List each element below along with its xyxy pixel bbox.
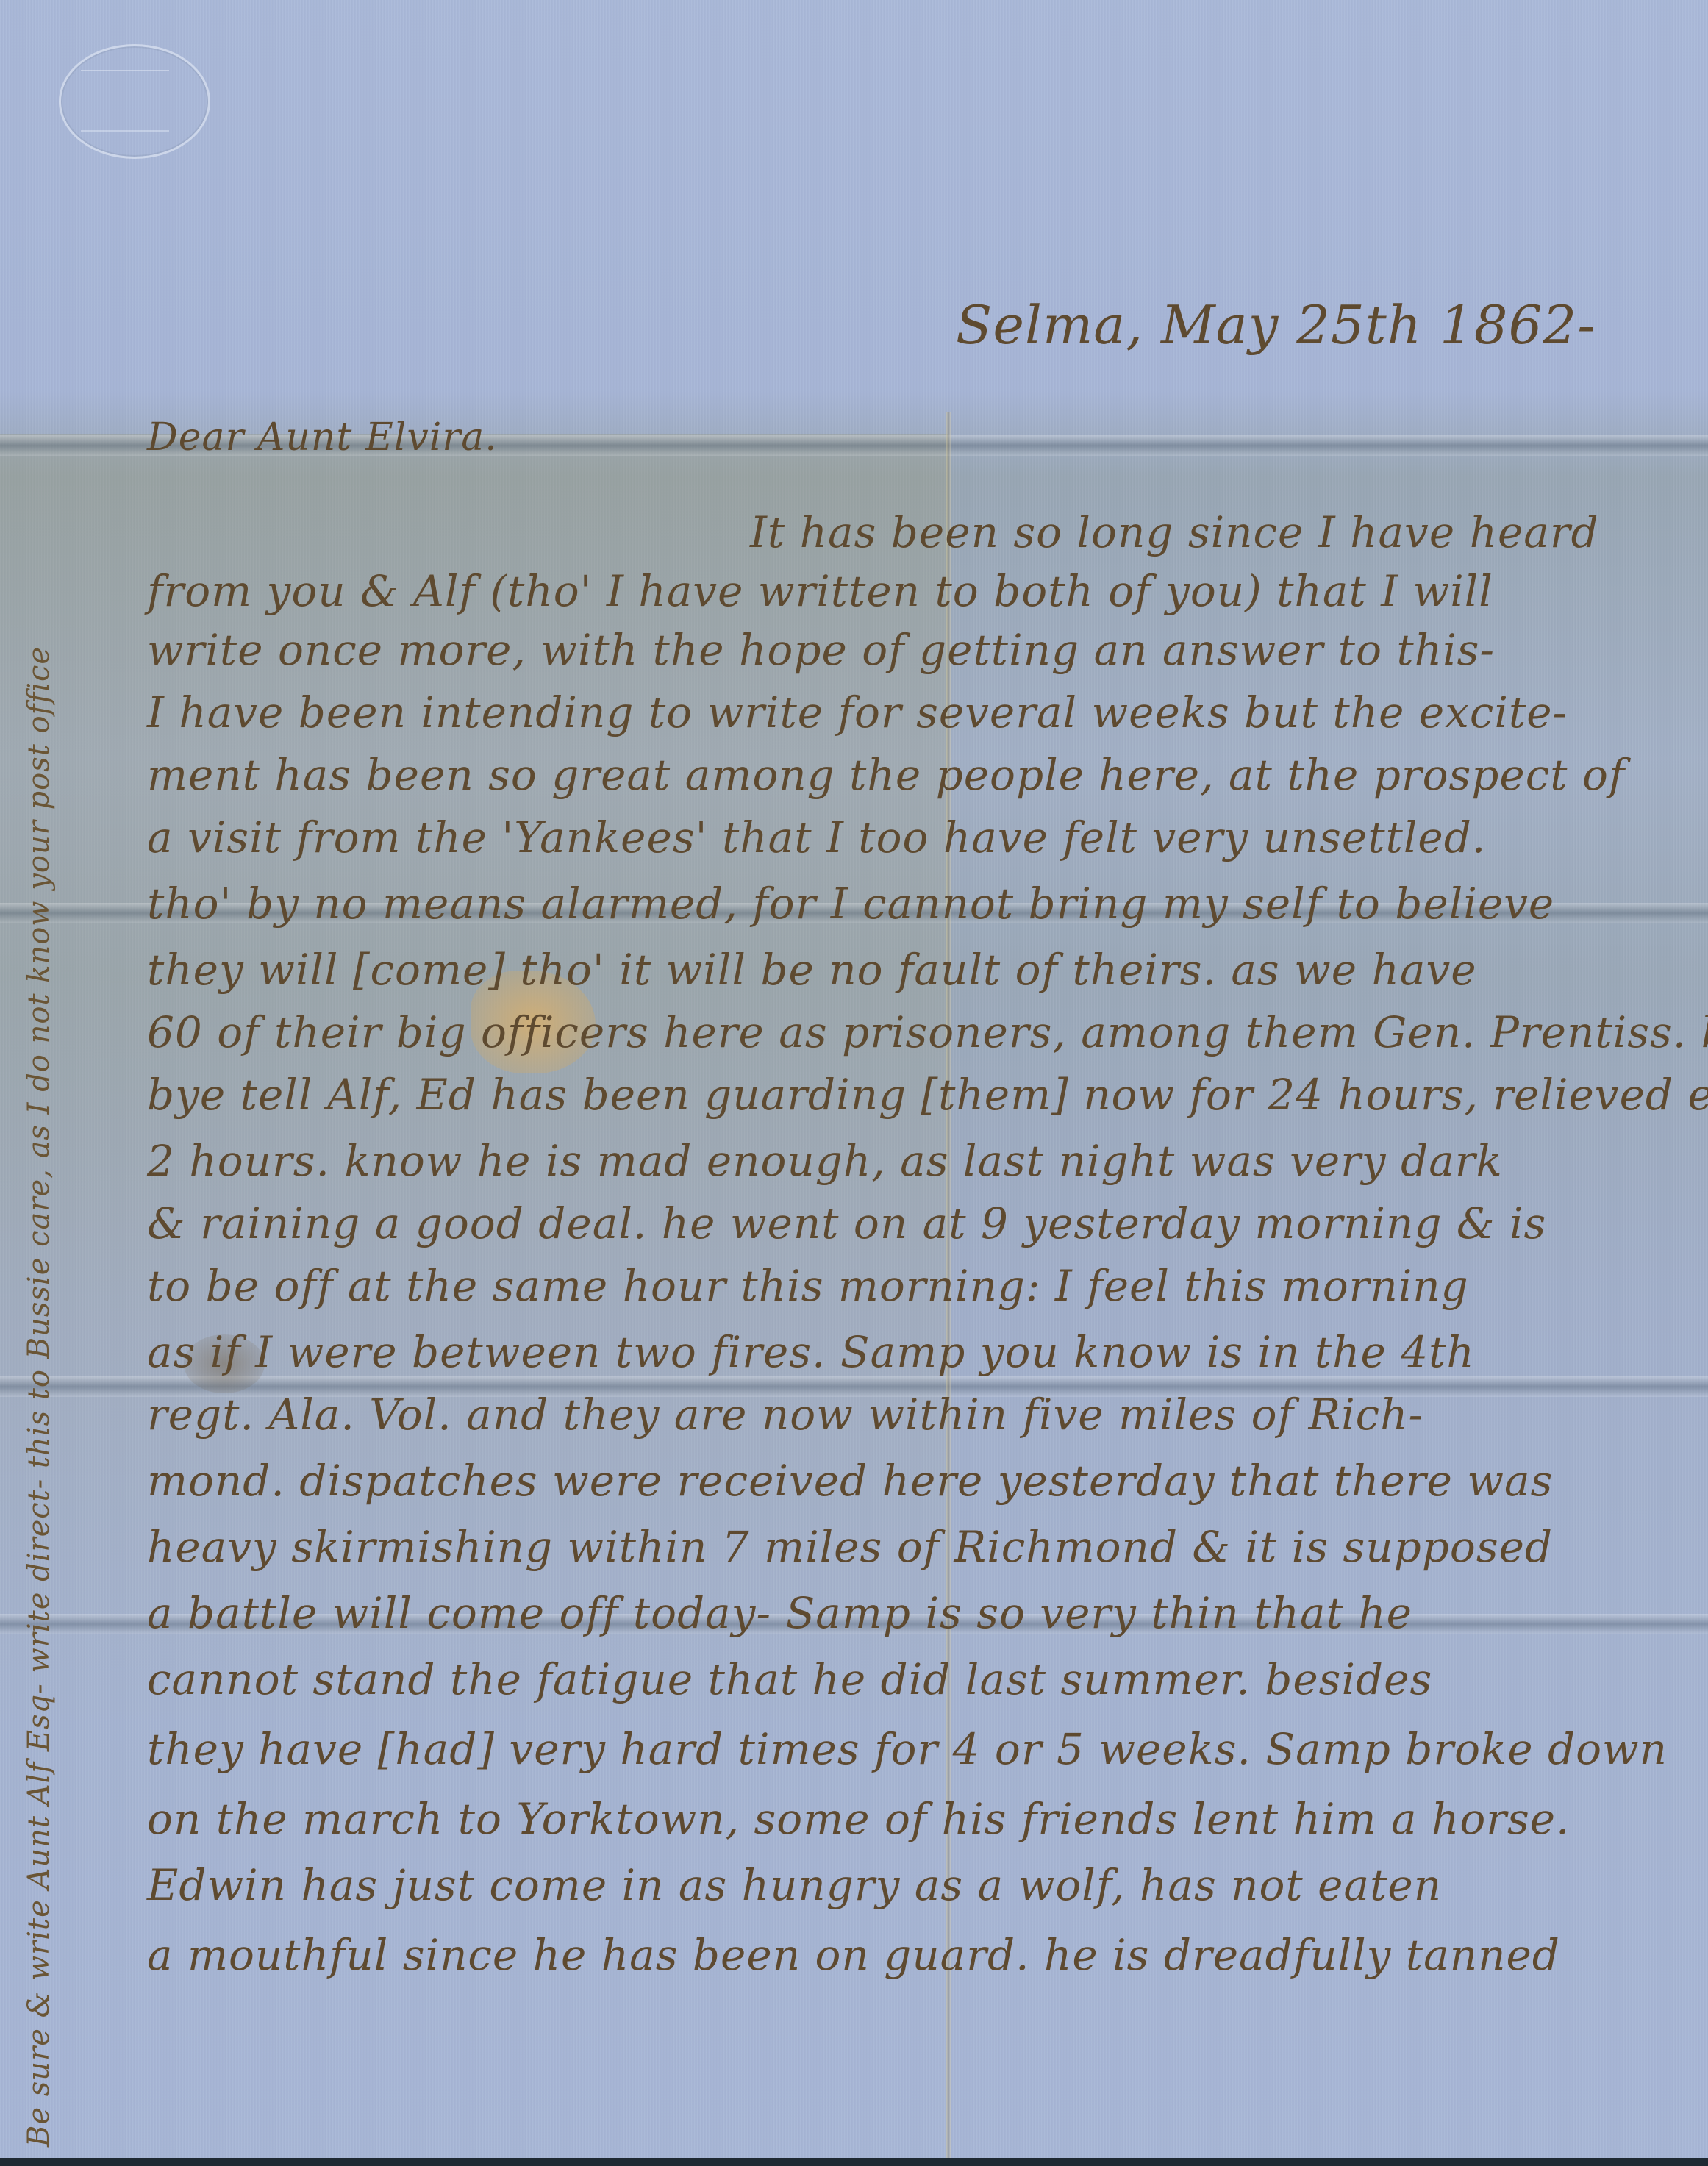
dateline: Selma, May 25th 1862- bbox=[956, 294, 1596, 356]
margin-note: Be sure & write Aunt Alf Esq- write dire… bbox=[22, 646, 56, 2147]
letter-line: It has been so long since I have heard bbox=[750, 507, 1708, 557]
letter-line: heavy skirmishing within 7 miles of Rich… bbox=[147, 1522, 1676, 1572]
letter-line: regt. Ala. Vol. and they are now within … bbox=[147, 1390, 1676, 1440]
letter-line: to be off at the same hour this morning:… bbox=[147, 1261, 1676, 1311]
letter-line: 60 of their big officers here as prisone… bbox=[147, 1007, 1676, 1057]
letter-line: 2 hours. know he is mad enough, as last … bbox=[147, 1136, 1676, 1186]
letter-line: write once more, with the hope of gettin… bbox=[147, 625, 1676, 675]
salutation: Dear Aunt Elvira. bbox=[147, 415, 498, 460]
scan-edge bbox=[0, 2158, 1708, 2166]
embossed-seal-detail bbox=[81, 70, 169, 132]
letter-line: as if I were between two fires. Samp you… bbox=[147, 1327, 1676, 1377]
letter-line: a visit from the 'Yankees' that I too ha… bbox=[147, 812, 1676, 862]
letter-page: Selma, May 25th 1862- Dear Aunt Elvira. … bbox=[0, 0, 1708, 2166]
letter-line: on the march to Yorktown, some of his fr… bbox=[147, 1794, 1676, 1844]
letter-line: they will [come] tho' it will be no faul… bbox=[147, 945, 1676, 995]
letter-line: Edwin has just come in as hungry as a wo… bbox=[147, 1860, 1676, 1910]
letter-line: they have [had] very hard times for 4 or… bbox=[147, 1724, 1676, 1774]
letter-line: bye tell Alf, Ed has been guarding [them… bbox=[147, 1070, 1676, 1120]
letter-line: tho' by no means alarmed, for I cannot b… bbox=[147, 879, 1676, 929]
letter-line: ment has been so great among the people … bbox=[147, 750, 1676, 800]
letter-line: from you & Alf (tho' I have written to b… bbox=[147, 566, 1676, 616]
letter-line: mond. dispatches were received here yest… bbox=[147, 1456, 1676, 1506]
letter-line: a battle will come off today- Samp is so… bbox=[147, 1588, 1676, 1638]
letter-line: & raining a good deal. he went on at 9 y… bbox=[147, 1198, 1676, 1248]
letter-line: a mouthful since he has been on guard. h… bbox=[147, 1930, 1676, 1980]
letter-line: I have been intending to write for sever… bbox=[147, 687, 1676, 737]
letter-line: cannot stand the fatigue that he did las… bbox=[147, 1654, 1676, 1704]
